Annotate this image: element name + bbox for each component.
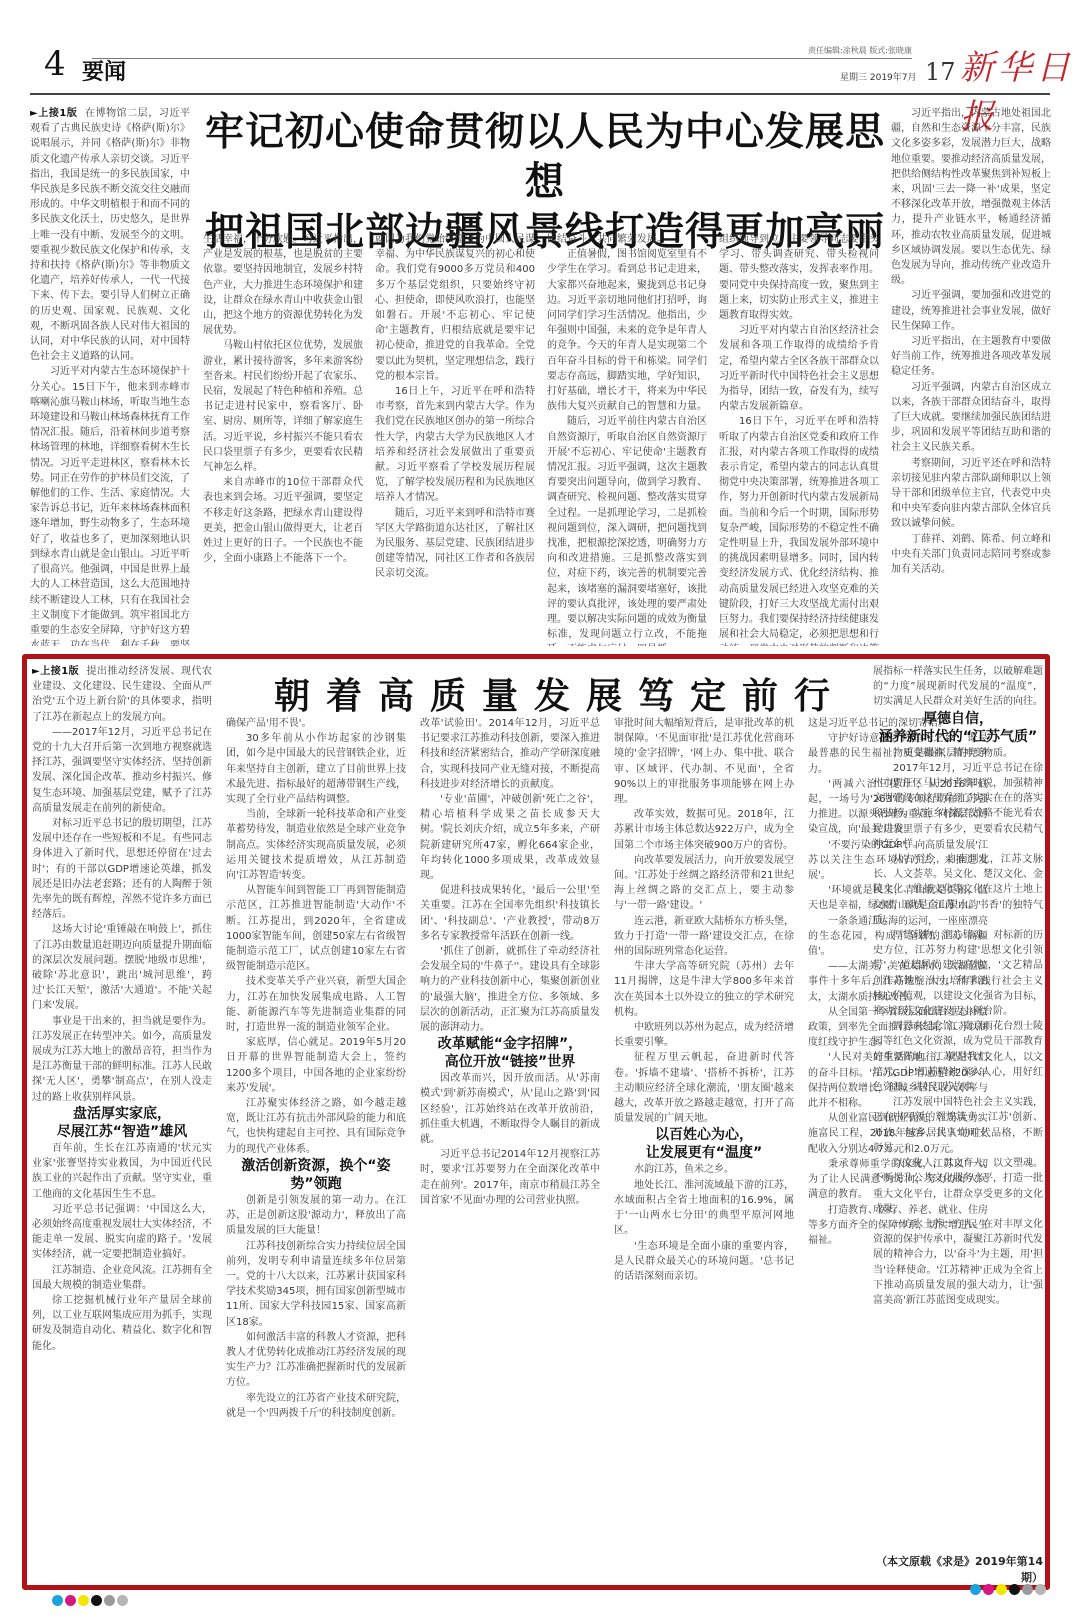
date-day: 17 [925,58,956,86]
paragraph: 随后，习近平来到呼和浩特市赛罕区大学路街道东达社区，了解社区为民服务、基层党建、… [375,506,535,582]
gray-dot-icon [1022,1584,1033,1595]
paragraph: 就因为我们党始终坚守为中国人民谋幸福、为中华民族谋复兴的初心和使命。我们党有90… [375,232,535,384]
dateline: 星期三 2019年7月 [840,70,917,83]
paragraph: 中欧班列以苏州为起点，成为经济增长重要引擎。 [614,1020,794,1050]
paragraph: 江苏聚实体经济之路，如今越走越宽，既让江苏有抗击外部风险的能力和底气，也快构建起… [226,1096,406,1157]
paragraph: 事业是干出来的，担当就是要作为。江苏发展正在转型冲关。如今，高质量发展成为江苏大… [32,1014,212,1105]
black-dot-icon [91,1595,102,1606]
paragraph: 促进科技成果转化，'最后一公里'至关重要。江苏在全国率先组织'科技镇长团'、'科… [420,883,600,944]
article1-column-6: 习近平指出，内蒙古地处祖国北疆，自然和生态资源十分丰富，民族文化多姿多彩，发展潜… [891,106,1051,646]
paragraph: 确保产品'用不畏'。 [226,716,406,731]
paragraph: '生态环境是全面小康的重要内容，是人民群众最关心的环境问题。'总书记的话语深刻而… [614,1239,794,1285]
paragraph: 百年前，生长在江苏南通的'状元实业家'张謇坚持实业救国，为中国近代民族工业的兴起… [32,1141,212,1202]
yellow-dot-icon [996,1584,1007,1595]
paragraph: 物质变精神，精神变物质。 [873,746,1043,761]
magenta-dot-icon [983,1584,994,1595]
paragraph: 向改革要发展活力，向开放要发展空间。'江苏处于丝绸之路经济带和21世纪海上丝绸之… [614,853,794,914]
subheading: 改革赋能“金字招牌”， 高位开放“链接”世界 [420,1035,600,1071]
paragraph: 生活幸福，十分欣慰。习近平指出，产业是发展的根基，也是脱贫的主要依靠。要坚持因地… [203,232,363,338]
paragraph: 厚德载物，润心铸魂。对标新的历史方位，江苏努力构建'思想文化引领带'，'道德风尚… [873,928,1043,1019]
paragraph: 连云港，新亚欧大陆桥东方桥头堡，致力于打造'一带一路'建设交汇点，在徐州的国际班… [614,914,794,960]
continued-from-tag: ►上接1版 [30,108,77,119]
light-gray-dot-icon [1035,1584,1046,1595]
paragraph: 周恩来纪念馆、南京雨花台烈士陵园等红色文化资源，成为党员干部教育的重要阵地。江苏… [873,1019,1043,1095]
paragraph: 技术变革关乎产业兴衰，新型大国企力，江苏在加快发展集成电路、人工智能、新能源汽车… [226,974,406,1035]
paragraph: 16日上午，习近平在呼和浩特市考察，首先来到内蒙古大学。作为我们党在民族地区创办… [375,384,535,506]
paragraph: 地处长江、淮河流域最下游的江苏，水域面积占全省土地面积的16.9%，属于'一山两… [614,1178,794,1239]
paragraph: 率先设立的江苏省产业技术研究院，就是一个'四两拨千斤'的科技制度创新。 [226,1391,406,1421]
paragraph: 正值暑假，图书馆阅览室里有不少学生在学习。看到总书记走进来，大家都兴奋地起来，聚… [547,247,707,414]
paragraph: 一方水土养一方人。在对丰厚文化资源的保护传承中，凝聚江苏新时代发展的精神合力，以… [873,1217,1043,1308]
header-divider [92,58,912,59]
paragraph: 改革实效，数据可见。2018年，江苏累计市场主体总数达922万户，成为全国第二个… [614,807,794,853]
paragraph: 江苏发展中国特色社会主义实践，正在书写新的辉煌篇章。江苏'创新、开放、包容、共享… [873,1095,1043,1156]
subheading: 激活创新资源，换个“姿势”领跑 [226,1157,406,1193]
paragraph: 从古至今，自南到北，江苏文脉长、人文荟萃。吴文化、楚汉文化、金陵文化、维扬文化等… [873,852,1043,928]
paragraph: 习近平总书记2014年12月视察江苏时，要求'江苏要努力在全面深化改革中走在前列… [420,1147,600,1208]
paragraph: 习近平强调，要加强和改进党的建设，统筹推进社会事业发展，做好民生保障工作。 [891,288,1051,334]
gray-dot-icon [104,1595,115,1606]
black-dot-icon [1009,1584,1020,1595]
editor-credits: 责任编辑:凃秋晨 版式:张晓康 [808,45,912,56]
paragraph: 改革'试验田'。2014年12月，习近平总书记要求江苏推动科技创新，要深入推进科… [420,716,600,792]
paragraph: 在博物馆二层，习近平观看了古典民族史诗《格萨(斯)尔》说唱展示，并同《格萨(斯)… [30,108,190,362]
continued-from-tag: ►上接1版 [32,666,79,677]
paragraph: 水韵江苏，鱼米之乡。 [614,1162,794,1177]
paragraph: 江苏制造、企业竞风流。江苏拥有全国最大规模的制造业集群。 [32,1263,212,1293]
article1-column-4: 团结奋斗，共同繁荣发展。 正值暑假，图书馆阅览室里有不少学生在学习。看到总书记走… [547,232,707,646]
paragraph: '专业'苗圃'，冲破创新'死亡之谷'，精心培植科学成果之苗长成参天大树。'院长刘… [420,792,600,883]
paragraph: 对标习近平总书记的殷切期望，江苏发展中还存在一些短板和不足。有些同志身体进入了新… [32,816,212,922]
paragraph: 当前，全球新一轮科技革命和产业变革蓄势待发，制造业依然是全球产业竞争制高点。实体… [226,807,406,883]
source-note: （本文原载《求是》2019年第14期） [873,1553,1043,1585]
subheading: 以百姓心为心， 让发展更有“温度” [614,1126,794,1162]
cyan-dot-icon [970,1584,981,1595]
paragraph: 30多年前从小作坊起家的沙钢集团，如今是中国最大的民营钢铁企业，近年来坚持自主创… [226,731,406,807]
paragraph: 习近平强调，内蒙古自治区成立以来，各族干部群众团结奋斗，取得了巨大成就。要继续加… [891,380,1051,456]
article2-column-3: 改革'试验田'。2014年12月，习近平总书记要求江苏推动科技创新，要深入推进科… [420,716,600,1576]
magenta-dot-icon [65,1595,76,1606]
subheading: 盘活厚实家底， 尽展江苏“智造”雄风 [32,1105,212,1141]
paragraph: 习近平总书记强调：'中国这么大，必须始终高度重视发展壮大实体经济，不能走单一发展… [32,1202,212,1263]
article2-column-1: ►上接1版 提出推动经济发展、现代农业建设、文化建设、民生建设、全面从严治党'五… [32,664,212,1576]
paragraph: 江苏科技创新综合实力持续位居全国前列，发明专利申请量连续多年位居第一。党的十八大… [226,1239,406,1330]
page-number: 4 [44,44,66,84]
paragraph: 16日下午，习近平在呼和浩特听取了内蒙古自治区党委和政府工作汇报，对内蒙古各项工… [719,414,879,646]
paragraph: '抓住了创新，就抓住了牵动经济社会发展全局的'牛鼻子''。建设具有全球影响力的产… [420,944,600,1035]
cyan-dot-icon [52,1595,63,1606]
paragraph: 家底厚，信心就足。2019年5月20日开幕的世界智能制造大会上，签约1200多个… [226,1035,406,1096]
masthead: 4 要闻 责任编辑:凃秋晨 版式:张晓康 星期三 2019年7月 17 新华日报 [0,0,1080,90]
paragraph: 习近平对内蒙古自治区经济社会发展和各项工作取得的成绩给予肯定，希望内蒙古全区各族… [719,323,879,414]
paragraph: 如何激活丰富的科教人才资源，把科教人才优势转化成推动江苏经济发展的现实生产力？江… [226,1330,406,1391]
paragraph: 马鞍山村依托区位优势，发展旅游业，累计接待游客，多年来游客纷至沓来。村民们纷纷开… [203,338,363,475]
paragraph: 从智能车间到智能工厂再到智能制造示范区，江苏推进智能制造'大动作'不断。江苏提出… [226,883,406,974]
article1-column-5: 组织领导到位，主要领导同志要带头学习、带头调查研究、带头检视问题、带头整改落实，… [719,232,879,646]
print-color-marks-right [970,1584,1046,1595]
article2-column-6: 展指标一样落实民生任务，以破解难题的“力度”展现新时代发展的“温度”，切实满足人… [873,664,1043,1576]
paragraph: ——2017年12月，习近平总书记在党的十九大召开后第一次到地方视察就选择江苏，… [32,725,212,816]
light-gray-dot-icon [117,1595,128,1606]
paragraph: 这场大讨论'重锤敲在响鼓上'，抓住了江苏由数量追赶期迈向质量提升期面临的深层次发… [32,922,212,1013]
masthead-rule [30,93,1050,95]
paragraph: 因改革而兴，因开放而活。从'苏南模式'到'新苏南模式'，从'昆山之路'到'园区经… [420,1071,600,1147]
paragraph: 来自赤峰市的10位干部群众代表也来到会场。习近平强调，要坚定不移走好这条路，把绿… [203,475,363,566]
article2-column-2: 确保产品'用不畏'。 30多年前从小作坊起家的沙钢集团，如今是中国最大的民营钢铁… [226,716,406,1576]
paragraph: 习近平指出，在主题教育中要做好当前工作，统筹推进各项改革发展稳定任务。 [891,334,1051,380]
paragraph: 牛津大学高等研究院（苏州）去年11月揭牌，这是牛津大学800多年来首次在英国本土… [614,959,794,1020]
paragraph: 征程万里云帆起，奋进新时代答卷。'拆墙不建墙'、'搭桥不拆桥'，江苏主动顺应经济… [614,1050,794,1126]
article2-column-4: 审批时间大幅缩短背后，是审批改革的机制保障。'不见面审批'是江苏优化营商环境的'… [614,716,794,1576]
paragraph: 以文化人，以文育人，以文塑魂。不断提升公共文化服务水平，打造一批重大文化平台，让… [873,1156,1043,1217]
paragraph: 展指标一样落实民生任务，以破解难题的“力度”展现新时代发展的“温度”，切实满足人… [873,664,1043,710]
paragraph: 审批时间大幅缩短背后，是审批改革的机制保障。'不见面审批'是江苏优化营商环境的'… [614,716,794,807]
paragraph: 团结奋斗，共同繁荣发展。 [547,232,707,247]
section-title: 要闻 [82,55,126,86]
article1-column-3: 就因为我们党始终坚守为中国人民谋幸福、为中华民族谋复兴的初心和使命。我们党有90… [375,232,535,646]
subheading: 厚德自信， 涵养新时代的“江苏气质” [873,710,1043,746]
paragraph: 习近平对内蒙古生态环境保护十分关心。15日下午，他来到赤峰市喀喇沁旗马鞍山林场，… [30,364,190,646]
article2-headline: 朝着高质量发展笃定前行 [260,668,860,719]
paragraph: 徐工挖掘机械行业年产量居全球前列，以工业互联网集成应用为抓手，实现研发及制造自动… [32,1293,212,1354]
yellow-dot-icon [78,1595,89,1606]
paragraph: 随后，习近平前往内蒙古自治区自然资源厅，听取自治区自然资源厅开展'不忘初心、牢记… [547,414,707,646]
paragraph: 丁薛祥、刘鹤、陈希、何立峰和中央有关部门负责同志陪同考察或参加有关活动。 [891,532,1051,578]
paragraph: 组织领导到位，主要领导同志要带头学习、带头调查研究、带头检视问题、带头整改落实，… [719,232,879,323]
article1-column-1: ►上接1版 在博物馆二层，习近平观看了古典民族史诗《格萨(斯)尔》说唱展示，并同… [30,106,190,646]
paragraph: 考察期间，习近平还在呼和浩特亲切接见驻内蒙古部队副师职以上领导干部和团级单位主官… [891,456,1051,532]
article1-column-2: 生活幸福，十分欣慰。习近平指出，产业是发展的根基，也是脱贫的主要依靠。要坚持因地… [203,232,363,646]
print-color-marks-left [52,1595,128,1606]
paragraph: 2017年12月，习近平总书记在徐州市贾汪区马庄村考察时说，加强精神文明建设在这… [873,761,1043,852]
paragraph: 习近平指出，内蒙古地处祖国北疆，自然和生态资源十分丰富，民族文化多姿多彩，发展潜… [891,106,1051,288]
paragraph: 创新是引领发展的第一动力。在江苏，正是创新这股'源动力'，释放出了高质量发展的巨… [226,1193,406,1239]
article1-headline-line1: 牢记初心使命贯彻以人民为中心发展思想 [195,108,895,208]
